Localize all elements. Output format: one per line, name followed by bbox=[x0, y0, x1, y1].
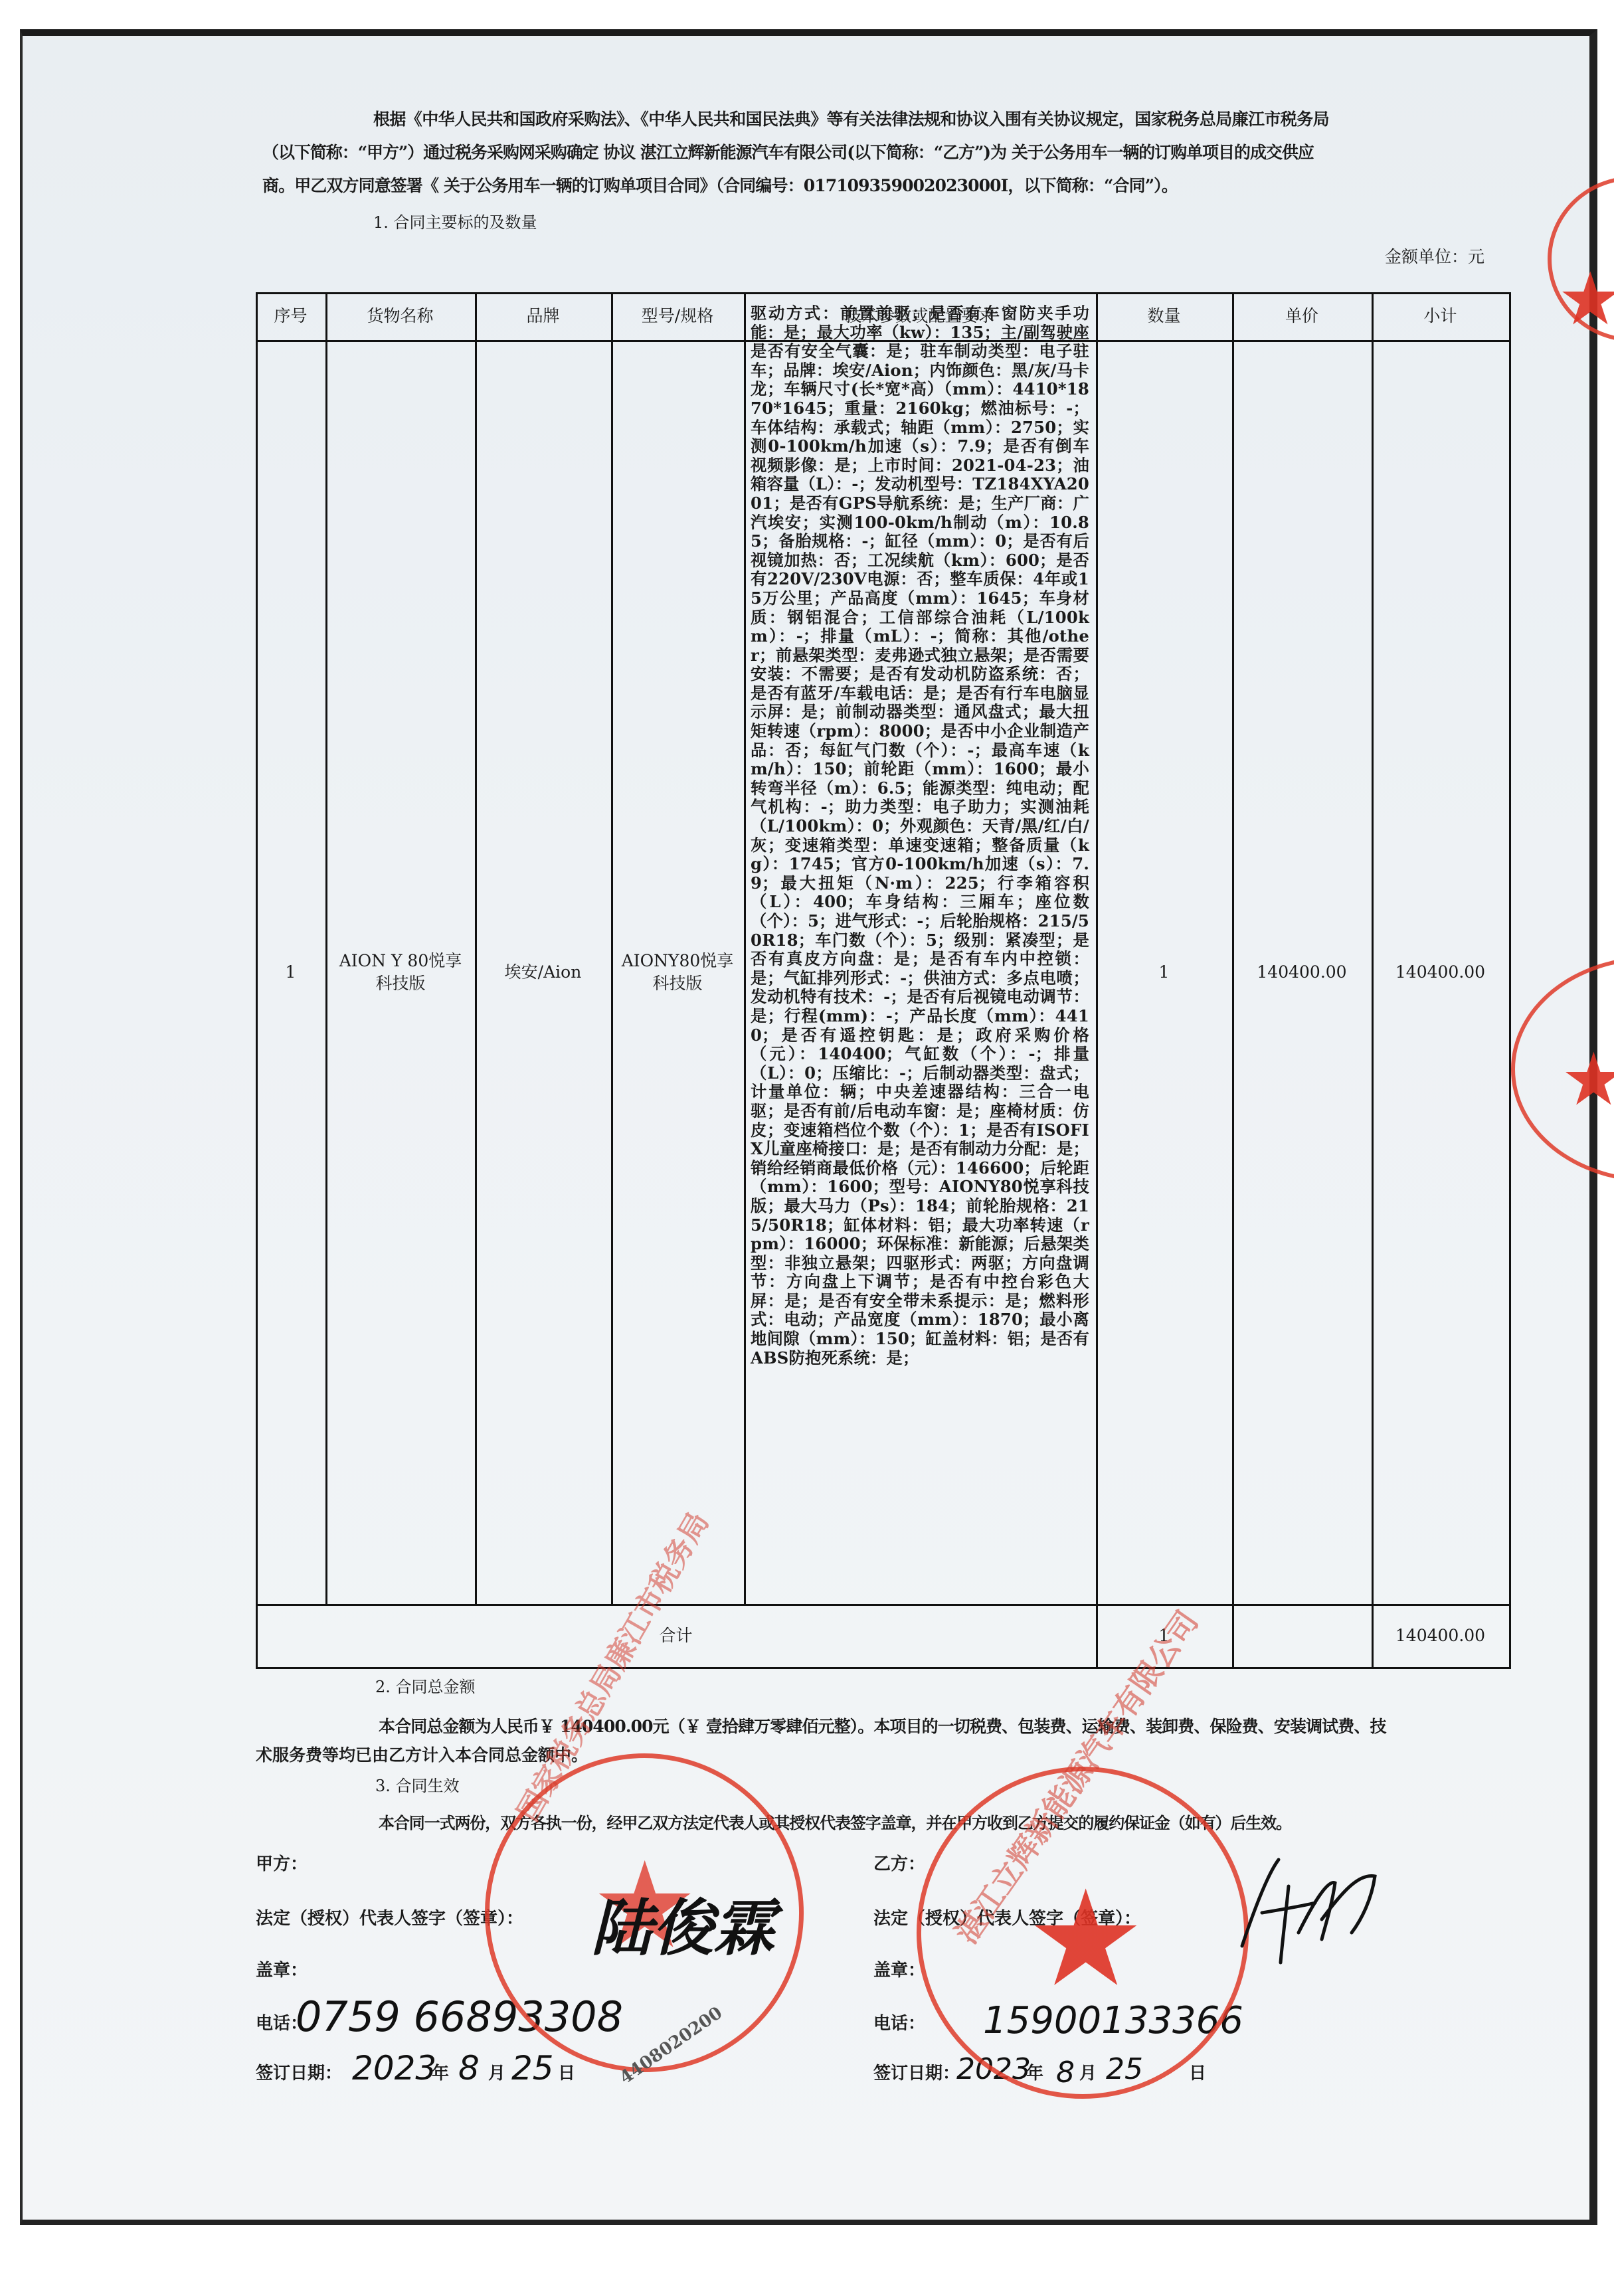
party-b-label: 乙方： bbox=[873, 1853, 925, 1876]
party-b-seal-star-icon: ★ bbox=[1026, 1873, 1145, 2006]
party-b-date-label: 签订日期： bbox=[873, 2062, 960, 2085]
row-name: AION Y 80悦享科技版 bbox=[334, 340, 467, 1604]
header-no: 序号 bbox=[256, 292, 325, 340]
header-model: 型号/规格 bbox=[611, 292, 744, 340]
party-b-phone-label: 电话： bbox=[873, 2012, 925, 2035]
intro-line-3: 商。甲乙双方同意签署《 关于公务用车一辆的订购单项目合同》（合同编号：01710… bbox=[262, 175, 1178, 197]
row-qty: 1 bbox=[1096, 340, 1232, 1604]
party-a-rep-signature: 陆俊霖 bbox=[591, 1880, 774, 1967]
header-qty: 数量 bbox=[1096, 292, 1232, 340]
party-b-rep-signature bbox=[1215, 1846, 1401, 1979]
party-a-seal-label: 盖章： bbox=[256, 1959, 308, 1982]
party-a-rep-label: 法定（授权）代表人签字（签章）： bbox=[256, 1907, 523, 1930]
party-a-month-char: 月 bbox=[488, 2062, 505, 2085]
row-no: 1 bbox=[256, 340, 325, 1604]
row-brand: 埃安/Aion bbox=[475, 340, 611, 1604]
section-3-title: 3. 合同生效 bbox=[375, 1775, 460, 1797]
party-a-day-char: 日 bbox=[558, 2062, 575, 2085]
header-name: 货物名称 bbox=[325, 292, 475, 340]
party-a-date-day: 25 bbox=[511, 2049, 554, 2087]
section-2-title: 2. 合同总金额 bbox=[375, 1676, 476, 1698]
header-unit-price: 单价 bbox=[1232, 292, 1372, 340]
section-1-title: 1. 合同主要标的及数量 bbox=[373, 211, 537, 234]
party-a-label: 甲方： bbox=[256, 1853, 308, 1876]
party-a-year-char: 年 bbox=[432, 2062, 449, 2085]
edge-seal-top-star-icon: ★ bbox=[1558, 262, 1614, 335]
party-a-date-label: 签订日期： bbox=[256, 2062, 342, 2085]
currency-unit-label: 金额单位：元 bbox=[1385, 246, 1484, 268]
section-2-body-line-1: 本合同总金额为人民币￥ 140400.00元（￥ 壹拾肆万零肆佰元整）。本项目的… bbox=[379, 1716, 1386, 1738]
intro-line-2: （以下简称：“甲方”）通过税务采购网采购确定 协议 湛江立辉新能源汽车有限公司(… bbox=[262, 141, 1314, 164]
total-amount: 140400.00 bbox=[1372, 1604, 1509, 1667]
party-b-day-char: 日 bbox=[1189, 2062, 1206, 2085]
party-b-seal-label: 盖章： bbox=[873, 1959, 925, 1982]
row-subtotal: 140400.00 bbox=[1372, 340, 1509, 1604]
row-model: AIONY80悦享科技版 bbox=[621, 340, 734, 1604]
edge-seal-middle-star-icon: ★ bbox=[1561, 1043, 1614, 1116]
tech-spec-text: 驱动方式：前置前驱；是否有车窗防夹手功能：是；最大功率（kw）：135；主/副驾… bbox=[751, 304, 1089, 1368]
total-label: 合计 bbox=[256, 1604, 1096, 1667]
header-brand: 品牌 bbox=[475, 292, 611, 340]
intro-line-1: 根据《中华人民共和国政府采购法》、《中华人民共和国民法典》等有关法律法规和协议入… bbox=[373, 108, 1329, 131]
party-a-date-month: 8 bbox=[458, 2049, 480, 2087]
row-unit-price: 140400.00 bbox=[1232, 340, 1372, 1604]
header-subtotal: 小计 bbox=[1372, 292, 1509, 340]
party-a-date-year: 2023 bbox=[352, 2049, 436, 2087]
